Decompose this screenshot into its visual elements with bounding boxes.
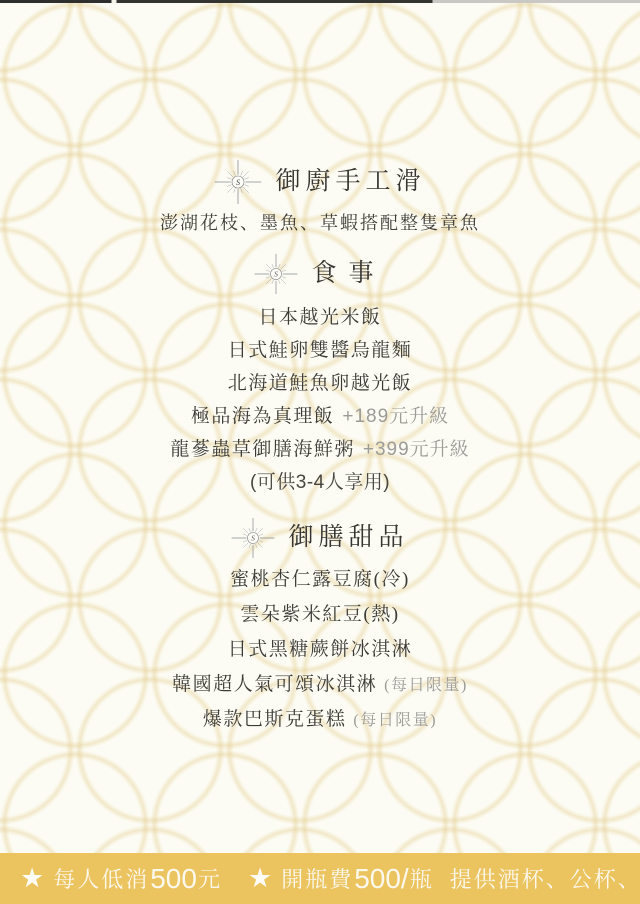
item-upgrade-price: +399元升級 (363, 439, 470, 460)
menu-item: 日式鮭卵雙醬烏龍麵 (0, 335, 640, 368)
page-top-edge (0, 0, 640, 3)
star-icon: ★ (20, 865, 44, 892)
item-name: 北海道鮭魚卵越光飯 (228, 373, 413, 394)
item-name: 日本越光米飯 (258, 307, 381, 328)
corkage-label: 開瓶費 (281, 863, 353, 894)
min-charge-amount: 500 (150, 863, 197, 895)
section-header-food: S 食事 (0, 250, 640, 298)
food-item-list: 日本越光米飯 日式鮭卵雙醬烏龍麵 北海道鮭魚卵越光飯 極品海為真理飯+189元升… (0, 302, 640, 500)
menu-item: 日本越光米飯 (0, 302, 640, 335)
serving-note-line: (可供3-4人享用) (0, 467, 640, 500)
logo-letter: S (275, 270, 279, 279)
min-charge-label: 每人低消 (53, 863, 149, 894)
menu-item: 爆款巴斯克蛋糕(每日限量) (0, 703, 640, 738)
item-name: 日式鮭卵雙醬烏龍麵 (228, 340, 413, 361)
s-starburst-icon: S (231, 516, 275, 560)
daily-limit-note: (每日限量) (384, 677, 468, 694)
section-title-dessert: 御膳甜品 (288, 514, 408, 562)
s-starburst-icon: S (214, 158, 262, 206)
star-icon: ★ (248, 865, 272, 892)
menu-item: 龍蔘蟲草御膳海鮮粥+399元升級 (0, 434, 640, 467)
min-charge-note: ★ 每人低消 500 元 (20, 863, 222, 895)
item-name: 蜜桃杏仁露豆腐(冷) (230, 569, 410, 590)
menu-item: 韓國超人氣可頌冰淇淋(每日限量) (0, 668, 640, 703)
menu-item: 蜜桃杏仁露豆腐(冷) (0, 563, 640, 598)
corkage-note: ★ 開瓶費 500/ 瓶 提供酒杯、公杯、冰桶使用 (248, 863, 640, 895)
serving-note: (可供3-4人享用) (250, 472, 390, 493)
menu-item: 雲朵紫米紅豆(熱) (0, 598, 640, 633)
item-name: 爆款巴斯克蛋糕 (203, 709, 347, 730)
logo-letter: S (236, 178, 240, 187)
item-name: 日式黑糖蕨餅冰淇淋 (228, 639, 413, 660)
logo-letter: S (252, 534, 256, 543)
item-upgrade-price: +189元升級 (342, 406, 449, 427)
menu-item: 極品海為真理飯+189元升級 (0, 401, 640, 434)
corkage-amount: 500/ (354, 863, 409, 895)
glassware-note: 提供酒杯、公杯、冰桶使用 (450, 863, 640, 894)
corkage-unit: 瓶 (410, 863, 434, 894)
dessert-item-list: 蜜桃杏仁露豆腐(冷) 雲朵紫米紅豆(熱) 日式黑糖蕨餅冰淇淋 韓國超人氣可頌冰淇… (0, 563, 640, 738)
section-subtitle-handmade: 澎湖花枝、墨魚、草蝦搭配整隻章魚 (0, 209, 640, 237)
item-name: 雲朵紫米紅豆(熱) (240, 604, 399, 625)
section-title-handmade: 御廚手工滑 (275, 158, 425, 206)
section-header-handmade: S 御廚手工滑 (0, 158, 640, 206)
menu-item: 北海道鮭魚卵越光飯 (0, 368, 640, 401)
item-name: 韓國超人氣可頌冰淇淋 (172, 674, 377, 695)
menu-item: 日式黑糖蕨餅冰淇淋 (0, 633, 640, 668)
footer-bar: ★ 每人低消 500 元 ★ 開瓶費 500/ 瓶 提供酒杯、公杯、冰桶使用 (0, 853, 640, 904)
item-name: 龍蔘蟲草御膳海鮮粥 (170, 439, 355, 460)
section-title-food: 食事 (311, 250, 385, 298)
menu-page: S 御廚手工滑 澎湖花枝、墨魚、草蝦搭配整隻章魚 S 食事 日本越光米飯 日 (0, 0, 640, 904)
s-starburst-icon: S (254, 252, 298, 296)
item-name: 極品海為真理飯 (191, 406, 335, 427)
section-header-dessert: S 御膳甜品 (0, 514, 640, 562)
daily-limit-note: (每日限量) (353, 712, 437, 729)
min-charge-unit: 元 (198, 863, 222, 894)
